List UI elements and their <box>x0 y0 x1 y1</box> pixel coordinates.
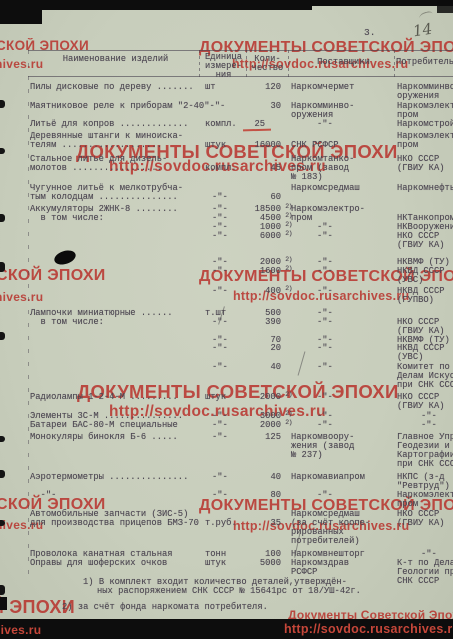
edge-tick <box>0 262 5 272</box>
edge-tick <box>0 585 5 595</box>
footnote-line: 2) за счёт фонда наркомата потребителя. <box>62 603 268 612</box>
cell-consumer: оружения <box>397 92 439 101</box>
footnote-ref-mark: 2) <box>285 390 292 399</box>
table-line: Оправы для шоферских очковштук5000Нарком… <box>0 559 453 568</box>
cell-quantity: 45 <box>225 164 281 173</box>
cell-consumer: (УВС) <box>397 276 423 285</box>
cell-consumer: (ГВИУ КА) <box>397 241 445 250</box>
cell-name: Маятниковое реле к приборам "2-40"-"- <box>30 102 225 111</box>
footnote-ref-mark: 2) <box>285 229 292 238</box>
cell-quantity: 40 <box>225 363 281 372</box>
cell-quantity: 35 <box>225 519 281 528</box>
table-line: оружения <box>0 92 453 101</box>
scanned-document-page: ДОКУМЕНТЫ СОВЕТСКОЙ ЭПОХИ http://sovdoc.… <box>0 0 453 639</box>
cell-supplier: -"- <box>317 344 333 353</box>
cell-quantity: 80 <box>225 491 281 500</box>
cell-quantity: 20002) <box>225 393 281 402</box>
cell-supplier: Наркомсредмаш <box>291 184 360 193</box>
table-line: для производства прицепов БМЗ-70т.руб.35… <box>0 519 453 528</box>
table-line: Радиолампы 1-2-4-М .........штук20002)-"… <box>0 393 453 402</box>
table-line: -"-40-"-Комитет по <box>0 363 453 372</box>
footnote-ref-mark: 2) <box>285 255 292 264</box>
cell-consumer: (ГУПВО) <box>397 296 434 305</box>
table-line: молотов .................компл.45пром (з… <box>0 164 453 173</box>
cell-consumer: (ГВИУ КА) <box>397 402 445 411</box>
cell-unit: шт <box>205 83 216 92</box>
table-line: рированных <box>0 528 453 537</box>
cell-consumer: при СНК СССР <box>397 381 453 390</box>
cell-name: в том числе: <box>30 214 104 223</box>
table-line: телям ...................штук16000СНК РС… <box>0 141 453 150</box>
cell-supplier: РСФСР <box>291 568 317 577</box>
edge-tick <box>0 214 5 222</box>
cell-name: Пилы дисковые по дереву ....... <box>30 83 194 92</box>
cell-supplier: -"- <box>317 363 333 372</box>
cell-quantity: 20 <box>225 344 281 353</box>
cell-quantity: 5000 <box>225 559 281 568</box>
cell-supplier: -"- <box>317 232 333 241</box>
red-underline-mark <box>243 128 271 131</box>
cell-quantity: 30 <box>225 102 281 111</box>
table-line: при СНК СССР <box>0 381 453 390</box>
cell-supplier: -"- <box>317 421 333 430</box>
table-line: потребителей) <box>0 537 453 546</box>
cell-supplier: № 237) <box>291 451 323 460</box>
footnote-ref-mark: 2) <box>285 409 292 418</box>
cell-name: -"- <box>30 491 56 500</box>
cell-supplier: № 183) <box>291 173 323 182</box>
scan-edge-top <box>0 0 312 10</box>
cell-name: в том числе: <box>30 318 104 327</box>
cell-supplier: -"- <box>317 120 333 129</box>
footnote-ref-mark: 2) <box>285 284 292 293</box>
cell-consumer: (УВС) <box>397 353 423 362</box>
footnote-line: ных распоряжением СНК СССР № 15641рс от … <box>97 587 361 596</box>
cell-consumer: (ГВИУ КА) <box>397 164 445 173</box>
header-unit-column: Единица измере- ния <box>201 53 246 80</box>
cell-name: Радиолампы 1-2-4-М ......... <box>30 393 178 402</box>
cell-supplier: -"- <box>317 393 333 402</box>
table-line: -"-60002)-"-НКО СССР <box>0 232 453 241</box>
footnote-ref-mark: 2) <box>285 220 292 229</box>
table-line: -"--"-80-"-Наркомэлектро <box>0 491 453 500</box>
cell-supplier: -"- <box>317 318 333 327</box>
cell-name: для производства прицепов БМЗ-70 <box>30 519 199 528</box>
cell-quantity: 40 <box>225 473 281 482</box>
table-line: РСФСРГеологии при <box>0 568 453 577</box>
handwritten-page-number: 14 <box>412 20 434 41</box>
table-line: жения (заводГеодезии и <box>0 442 453 451</box>
header-name-column: Наименование изделий <box>33 55 198 64</box>
table-line: тым колодцам ...............-"-60 <box>0 193 453 202</box>
cell-name: тым колодцам ............... <box>30 193 178 202</box>
edge-tick <box>0 332 5 340</box>
cell-supplier: -"- <box>317 267 333 276</box>
header-consumer-column: Потребитель <box>396 58 453 67</box>
watermark-left-url: chives.ru <box>0 623 41 637</box>
table-line: при СНК СССР <box>0 460 453 469</box>
table-line: (ГВИУ КА) <box>0 402 453 411</box>
footnote-ref-mark: 2) <box>285 418 292 427</box>
cell-supplier: -"- <box>317 491 333 500</box>
header-quantity-column: Коли- чество <box>247 55 288 73</box>
cell-supplier: Наркомавиапром <box>291 473 365 482</box>
cell-supplier: СНК РСФСР <box>291 141 339 150</box>
cell-supplier: -"- <box>317 287 333 296</box>
cell-name: Монокуляры бинокля Б-6 ..... <box>30 433 178 442</box>
cell-quantity: 16002) <box>225 267 281 276</box>
cell-name: Батареи БАС-80-М специальные <box>30 421 178 430</box>
cell-name: Аэротермометры ............... <box>30 473 188 482</box>
cell-consumer: пром <box>397 141 418 150</box>
cell-name: Оправы для шоферских очков <box>30 559 167 568</box>
cell-quantity: 16000 <box>225 141 281 150</box>
cell-consumer: пром <box>397 500 418 509</box>
cell-quantity: 125 <box>225 433 281 442</box>
cell-quantity: 4002) <box>225 287 281 296</box>
cell-consumer: при СНК СССР <box>397 460 453 469</box>
column-divider <box>288 50 289 77</box>
table-line: Маятниковое реле к приборам "2-40"-"-30Н… <box>0 102 453 111</box>
cell-quantity: 60002) <box>225 232 281 241</box>
table-line: (УВС) <box>0 353 453 362</box>
cell-quantity: 120 <box>225 83 281 92</box>
cell-consumer: (ГВИУ КА) <box>397 519 445 528</box>
cell-consumer: Наркомнефть <box>397 184 453 193</box>
table-line: (ГУПВО) <box>0 296 453 305</box>
cell-unit: штук <box>205 393 226 402</box>
cell-supplier: пром <box>291 214 312 223</box>
table-top-rule <box>28 50 453 51</box>
cell-name: молотов ................. <box>30 164 162 173</box>
table-line: (ГВИУ КА) <box>0 241 453 250</box>
table-line: Литьё для копров .............компл.25-"… <box>0 120 453 129</box>
table-line: в том числе:-"-390-"-НКО СССР <box>0 318 453 327</box>
scan-corner-black <box>437 0 453 13</box>
cell-consumer: СНК СССР <box>397 577 439 586</box>
cell-name: Литьё для копров ............. <box>30 120 188 129</box>
watermark-url: http://sovdoc.rusarchives.ru <box>284 622 453 636</box>
table-line: Делам Искусств <box>0 372 453 381</box>
edge-tick <box>0 470 5 478</box>
table-line: -"-20-"-НКВД СССР <box>0 344 453 353</box>
table-line: (УВС) <box>0 276 453 285</box>
pencil-squiggle <box>418 10 434 21</box>
scan-edge-mark <box>0 597 7 610</box>
table-line: Батареи БАС-80-М специальные-"-20002)-"-… <box>0 421 453 430</box>
cell-unit: штук <box>205 141 226 150</box>
page-number: 3. <box>364 28 375 37</box>
cell-quantity: 25 <box>209 120 265 129</box>
table-line: -"-16002)-"-НКВД СССР <box>0 267 453 276</box>
cell-consumer: Наркомстрой <box>397 120 453 129</box>
header-supplier-column: Поставщики <box>292 58 395 67</box>
edge-tick <box>0 100 5 108</box>
cell-name: телям ................... <box>30 141 162 150</box>
cell-quantity: 60 <box>225 193 281 202</box>
edge-tick <box>0 148 5 154</box>
cell-unit: штук <box>205 559 226 568</box>
table-line: № 183) <box>0 173 453 182</box>
scan-corner-black <box>0 0 42 24</box>
cell-supplier: Наркомчермет <box>291 83 354 92</box>
cell-quantity: 20002) <box>225 421 281 430</box>
table-line: пром <box>0 500 453 509</box>
cell-supplier: потребителей) <box>291 537 360 546</box>
table-line: Аэротермометры ...............-"-40Нарко… <box>0 473 453 482</box>
footnote-ref-mark: 2) <box>285 264 292 273</box>
table-line: -"-4002)-"-НКВД СССР <box>0 287 453 296</box>
cell-quantity: 390 <box>225 318 281 327</box>
table-line: Пилы дисковые по дереву .......шт120Нарк… <box>0 83 453 92</box>
table-line: № 237)Картографии <box>0 451 453 460</box>
table-line: Монокуляры бинокля Б-6 .....-"-125Нарком… <box>0 433 453 442</box>
cell-consumer: -"- <box>421 421 437 430</box>
